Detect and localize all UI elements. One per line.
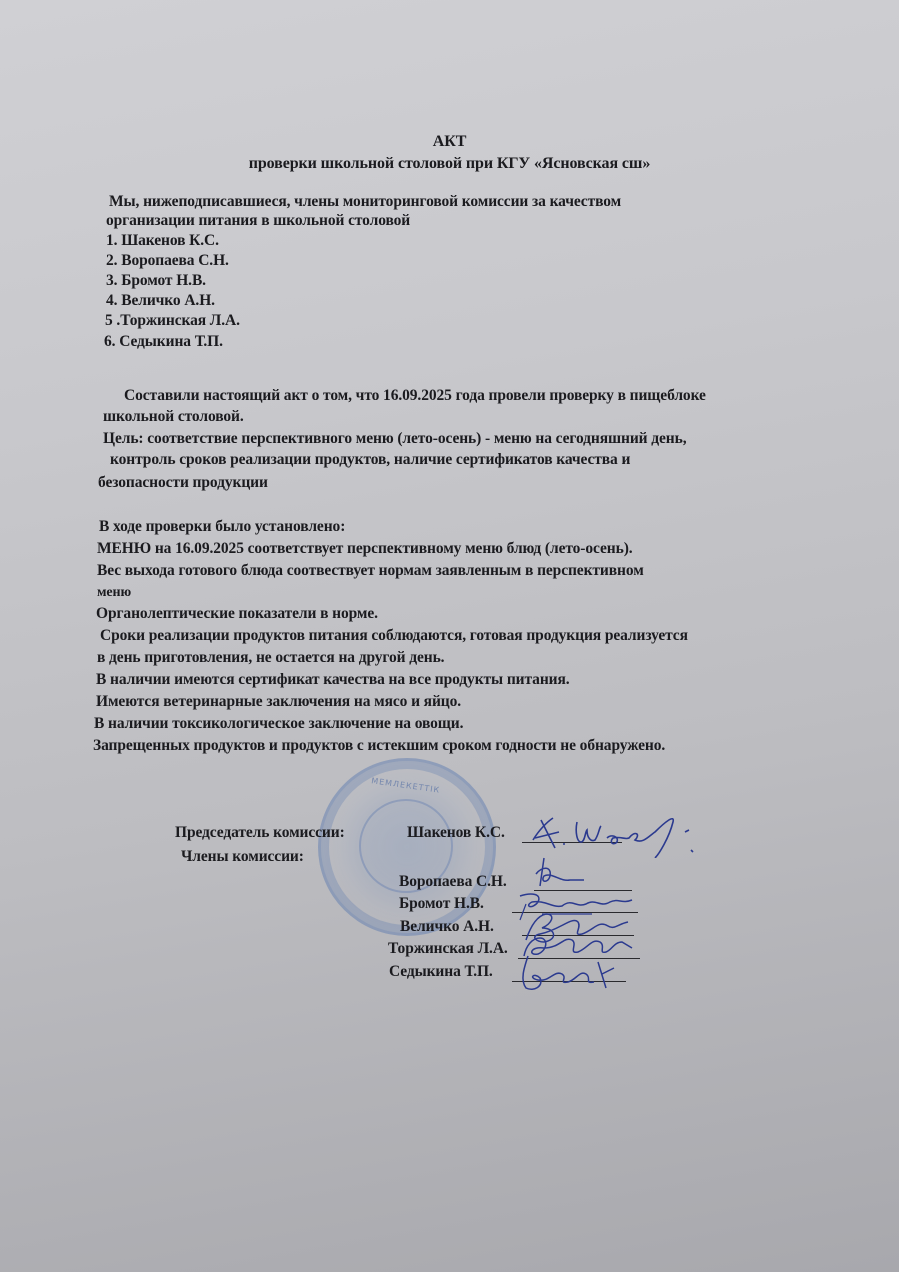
chair-name: Шакенов К.С. bbox=[407, 824, 505, 842]
document-subtitle: проверки школьной столовой при КГУ «Ясно… bbox=[0, 155, 899, 173]
finding-line: Имеются ветеринарные заключения на мясо … bbox=[96, 693, 461, 711]
member-item: 1. Шакенов К.С. bbox=[106, 232, 219, 250]
finding-line: В ходе проверки было установлено: bbox=[99, 518, 345, 536]
member-item: 3. Бромот Н.В. bbox=[106, 272, 206, 290]
finding-line: Сроки реализации продуктов питания соблю… bbox=[100, 627, 688, 645]
finding-line: В наличии токсикологическое заключение н… bbox=[94, 715, 463, 733]
member-signature-name: Бромот Н.В. bbox=[399, 895, 484, 913]
member-item: 4. Величко А.Н. bbox=[106, 292, 215, 310]
paragraph-line: Цель: соответствие перспективного меню (… bbox=[103, 430, 687, 448]
paragraph-line: Составили настоящий акт о том, что 16.09… bbox=[124, 387, 706, 405]
member-signature-name: Седыкина Т.П. bbox=[389, 963, 493, 981]
finding-line: Органолептические показатели в норме. bbox=[96, 605, 378, 623]
member-signature-name: Величко А.Н. bbox=[400, 918, 494, 936]
finding-line: МЕНЮ на 16.09.2025 соответствует перспек… bbox=[97, 540, 633, 558]
finding-line: меню bbox=[97, 584, 131, 602]
finding-line: Вес выхода готового блюда соотвествует н… bbox=[97, 562, 644, 580]
member-item: 2. Воропаева С.Н. bbox=[106, 252, 229, 270]
paragraph-line: безопасности продукции bbox=[98, 474, 268, 492]
finding-line: Запрещенных продуктов и продуктов с исте… bbox=[93, 737, 665, 755]
finding-line: в день приготовления, не остается на дру… bbox=[97, 649, 444, 667]
document-title: АКТ bbox=[0, 133, 899, 151]
finding-line: В наличии имеются сертификат качества на… bbox=[96, 671, 570, 689]
intro-line-2: организации питания в школьной столовой bbox=[106, 212, 410, 230]
stamp-text: МЕМЛЕКЕТТІК bbox=[371, 776, 441, 795]
intro-line-1: Мы, нижеподписавшиеся, члены мониторинго… bbox=[109, 193, 621, 211]
chair-label: Председатель комиссии: bbox=[175, 824, 345, 842]
members-label: Члены комиссии: bbox=[181, 848, 304, 866]
member-signature-name: Торжинская Л.А. bbox=[388, 940, 508, 958]
member-signature-icon bbox=[514, 948, 624, 994]
chair-signature-icon bbox=[525, 808, 700, 858]
paragraph-line: контроль сроков реализации продуктов, на… bbox=[110, 451, 630, 469]
member-item: 6. Седыкина Т.П. bbox=[104, 333, 223, 351]
member-item: 5 .Торжинская Л.А. bbox=[105, 312, 240, 330]
paragraph-line: школьной столовой. bbox=[103, 408, 244, 426]
member-signature-name: Воропаева С.Н. bbox=[399, 873, 507, 891]
document-page: АКТ проверки школьной столовой при КГУ «… bbox=[0, 0, 899, 1272]
